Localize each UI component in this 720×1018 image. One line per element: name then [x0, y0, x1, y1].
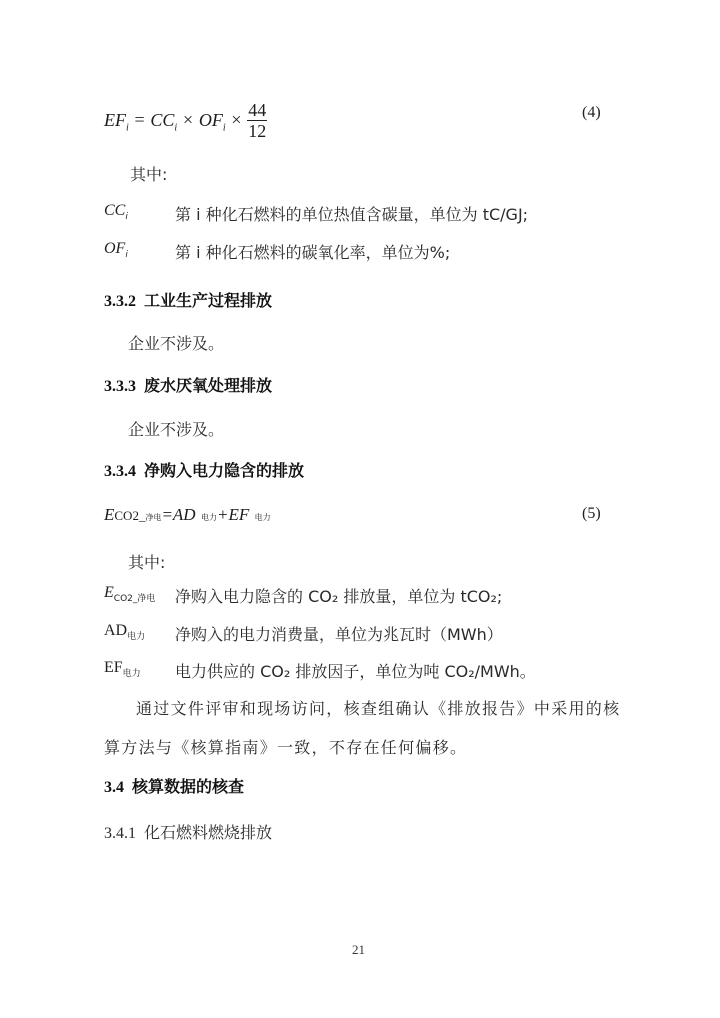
- equation-4-number: (4): [582, 104, 601, 122]
- page-number: 21: [352, 942, 365, 958]
- equation-5: ECO2_净电=AD 电力+EF 电力: [104, 505, 271, 525]
- def-text-ef: 电力供应的 CO₂ 排放因子，单位为吨 CO₂/MWh。: [175, 659, 536, 682]
- equation-5-number: (5): [582, 505, 601, 523]
- eq4-cc: CCi: [150, 110, 177, 130]
- def-symbol-of: OFi: [104, 240, 128, 260]
- def-symbol-ef: EF电力: [104, 659, 141, 679]
- paragraph-line-2: 算方法与《核算指南》一致，不存在任何偏移。: [104, 735, 467, 758]
- def-text-cc: 第 i 种化石燃料的单位热值含碳量，单位为 tC/GJ;: [175, 202, 528, 225]
- heading-3-4: 3.4核算数据的核查: [104, 774, 244, 797]
- def-text-of: 第 i 种化石燃料的碳氧化率，单位为%;: [175, 240, 450, 263]
- eq4-ef: EFi: [104, 110, 129, 130]
- where-label-1: 其中:: [130, 162, 167, 185]
- def-symbol-cc: CCi: [104, 202, 128, 222]
- heading-3-3-3: 3.3.3废水厌氧处理排放: [104, 373, 272, 396]
- where-label-2: 其中:: [128, 550, 165, 573]
- heading-3-3-2: 3.3.2工业生产过程排放: [104, 288, 272, 311]
- def-symbol-ad: AD电力: [104, 622, 145, 642]
- def-text-eco2: 净购入电力隐含的 CO₂ 排放量，单位为 tCO₂;: [175, 584, 502, 607]
- body-3-3-2: 企业不涉及。: [128, 331, 224, 354]
- heading-3-3-4: 3.3.4净购入电力隐含的排放: [104, 458, 304, 481]
- paragraph-line-1: 通过文件评审和现场访问，核查组确认《排放报告》中采用的核: [136, 696, 620, 719]
- body-3-3-3: 企业不涉及。: [128, 417, 224, 440]
- eq4-fraction: 44 12: [247, 100, 267, 141]
- def-text-ad: 净购入的电力消费量，单位为兆瓦时（MWh）: [175, 622, 503, 645]
- equation-4: EFi = CCi × OFi × 44 12: [104, 100, 267, 148]
- heading-3-4-1: 3.4.1化石燃料燃烧排放: [104, 820, 272, 843]
- def-symbol-eco2: ECO2_净电: [104, 584, 155, 604]
- eq4-of: OFi: [199, 110, 226, 130]
